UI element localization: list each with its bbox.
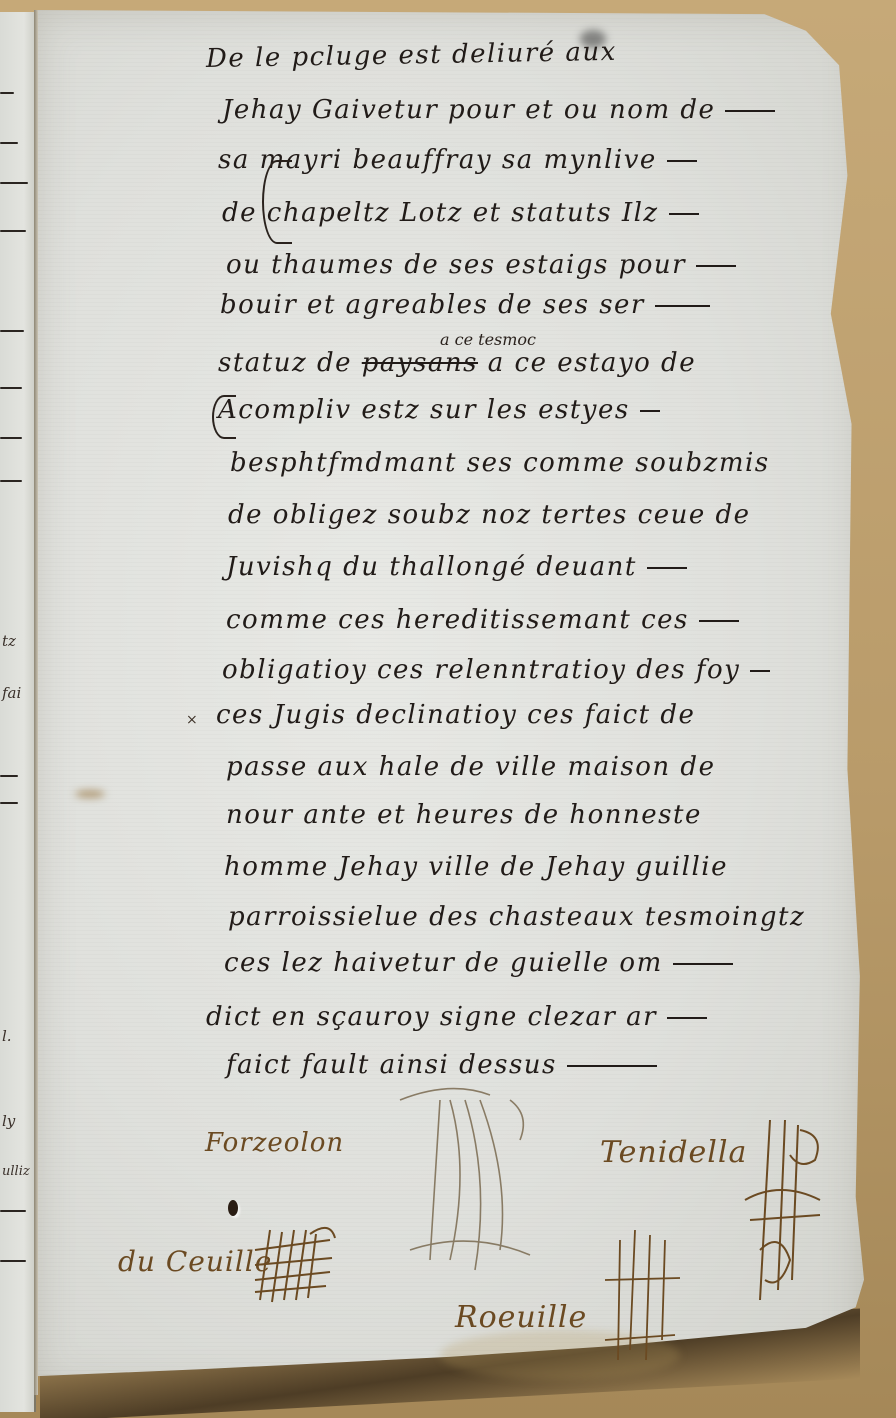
flourish-bracket — [212, 395, 236, 439]
text-line: parroissielue des chasteaux tesmoingtz — [228, 902, 805, 932]
interlinear-insertion: a ce tesmoc — [440, 330, 536, 349]
text-line: ces Jugis declinatioy ces faict de — [216, 700, 695, 730]
text-line: homme Jehay ville de Jehay guillie — [224, 852, 728, 882]
manuscript-photo: tz fai l. ly ulliz De le pcluge est deli… — [0, 0, 896, 1418]
text-line: ces lez haivetur de guielle om — [224, 948, 733, 978]
text-line: dict en sçauroy signe clezar ar — [206, 1002, 707, 1032]
paraph-flourish — [740, 1110, 830, 1310]
paraph-flourish — [600, 1220, 690, 1370]
paraph-flourish — [380, 1080, 560, 1280]
text-line: comme ces hereditissemant ces — [226, 605, 739, 635]
signature-forzeolon: Forzeolon — [205, 1128, 344, 1158]
struck-word: paysans — [362, 348, 478, 378]
text-line: de chapeltz Lotz et statuts Ilz — [222, 198, 699, 228]
text-line: de obligez soubz noz tertes ceue de — [228, 500, 751, 530]
text-line: nour ante et heures de honneste — [226, 800, 702, 830]
text-line: ou thaumes de ses estaigs pour — [226, 250, 736, 280]
text-line: faict fault ainsi dessus — [226, 1050, 657, 1080]
text-line: besphtfmdmant ses comme soubzmis — [230, 448, 770, 478]
text-line: De le pcluge est deliuré aux — [206, 37, 617, 74]
text-line: passe aux hale de ville maison de — [226, 752, 715, 782]
margin-mark: × — [186, 712, 198, 728]
text-line: statuz de paysans a ce estayo de — [218, 348, 696, 378]
signature-roeuille: Roeuille — [455, 1300, 587, 1335]
text-line: obligatioy ces relenntratioy des foy — [222, 655, 770, 685]
text-line: bouir et agreables de ses ser — [220, 290, 710, 320]
text-line: Acompliv estz sur les estyes — [218, 395, 660, 425]
signature-tenidella: Tenidella — [600, 1135, 747, 1170]
text-line: Juvishq du thallongé deuant — [226, 552, 687, 582]
paraph-flourish — [250, 1220, 340, 1310]
text-line: Jehay Gaivetur pour et ou nom de — [222, 95, 775, 125]
flourish-bracket — [262, 160, 292, 244]
